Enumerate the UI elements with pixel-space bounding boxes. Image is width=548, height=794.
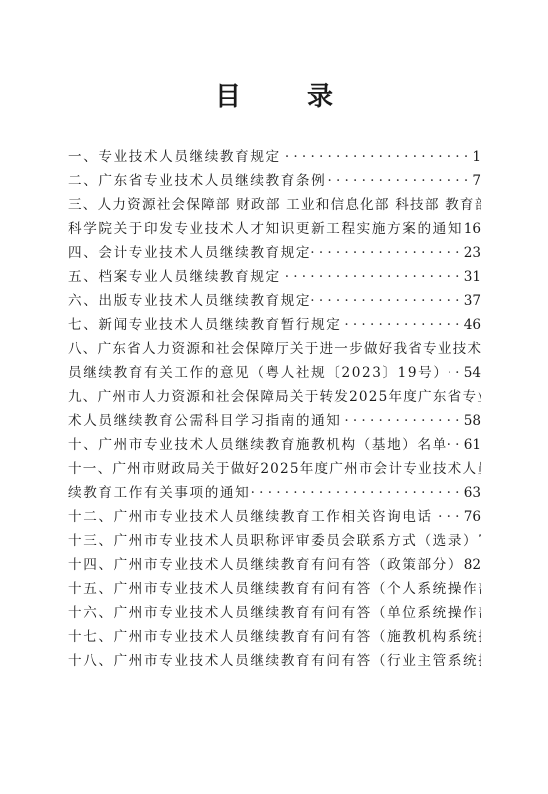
toc-page-number: 16 xyxy=(464,217,481,241)
dot-leader: ········································… xyxy=(448,433,464,457)
toc-entry[interactable]: 十二、广州市专业技术人员继续教育工作相关咨询电话················… xyxy=(68,505,481,529)
toc-entry-title: 续教育工作有关事项的通知 xyxy=(68,481,250,505)
toc-entry[interactable]: 五、档案专业人员继续教育规定··························… xyxy=(68,265,481,289)
toc-page-number: 1 xyxy=(472,145,481,169)
toc-entry[interactable]: 十一、广州市财政局关于做好2025年度广州市会计专业技术人员继 xyxy=(68,457,481,481)
toc-page-number: 54 xyxy=(464,361,481,385)
dot-leader: ········································… xyxy=(433,505,464,529)
toc-entry[interactable]: 十三、广州市专业技术人员职称评审委员会联系方式（选录）·············… xyxy=(68,529,481,553)
toc-entry-title: 十一、广州市财政局关于做好2025年度广州市会计专业技术人员继 xyxy=(68,457,481,481)
toc-entry[interactable]: 术人员继续教育公需科目学习指南的通知······················… xyxy=(68,409,481,433)
toc-entry-title: 十二、广州市专业技术人员继续教育工作相关咨询电话 xyxy=(68,505,433,529)
toc-entry[interactable]: 三、人力资源社会保障部 财政部 工业和信息化部 科技部 教育部 中国 xyxy=(68,193,481,217)
dot-leader: ········································… xyxy=(342,313,464,337)
toc-entry-title: 员继续教育有关工作的意见（粤人社规〔2023〕19号） xyxy=(68,361,449,385)
toc-page-number: 31 xyxy=(464,265,481,289)
table-of-contents: 一、专业技术人员继续教育规定··························… xyxy=(68,145,481,673)
toc-entry[interactable]: 十八、广州市专业技术人员继续教育有问有答（行业主管系统操作部分）········… xyxy=(68,649,481,673)
toc-entry-title: 十八、广州市专业技术人员继续教育有问有答（行业主管系统操作部分） xyxy=(68,649,481,673)
toc-entry[interactable]: 七、新闻专业技术人员继续教育暂行规定······················… xyxy=(68,313,481,337)
dot-leader: ········································… xyxy=(281,265,464,289)
toc-entry-title: 七、新闻专业技术人员继续教育暂行规定 xyxy=(68,313,342,337)
toc-entry-title: 十五、广州市专业技术人员继续教育有问有答（个人系统操作部分） xyxy=(68,577,481,601)
toc-entry[interactable]: 六、出版专业技术人员继续教育规定························… xyxy=(68,289,481,313)
toc-entry[interactable]: 一、专业技术人员继续教育规定··························… xyxy=(68,145,481,169)
toc-entry-title: 二、广东省专业技术人员继续教育条例 xyxy=(68,169,326,193)
toc-entry-title: 十六、广州市专业技术人员继续教育有问有答（单位系统操作部分） xyxy=(68,601,481,625)
toc-entry[interactable]: 四、会计专业技术人员继续教育规定························… xyxy=(68,241,481,265)
toc-entry-title: 八、广东省人力资源和社会保障厅关于进一步做好我省专业技术人 xyxy=(68,337,481,361)
toc-entry-title: 科学院关于印发专业技术人才知识更新工程实施方案的通知 xyxy=(68,217,463,241)
toc-entry[interactable]: 十五、广州市专业技术人员继续教育有问有答（个人系统操作部分）··········… xyxy=(68,577,481,601)
dot-leader: ········································… xyxy=(326,169,472,193)
toc-entry[interactable]: 九、广州市人力资源和社会保障局关于转发2025年度广东省专业技 xyxy=(68,385,481,409)
toc-page-number: 82 xyxy=(464,553,481,577)
toc-page-number: 46 xyxy=(464,313,481,337)
toc-page-number: 63 xyxy=(464,481,481,505)
toc-entry-title: 十七、广州市专业技术人员继续教育有问有答（施教机构系统操作部分） xyxy=(68,625,481,649)
toc-entry-title: 一、专业技术人员继续教育规定 xyxy=(68,145,281,169)
toc-page-number: 78 xyxy=(478,529,481,553)
toc-entry-title: 九、广州市人力资源和社会保障局关于转发2025年度广东省专业技 xyxy=(68,385,481,409)
toc-entry[interactable]: 十六、广州市专业技术人员继续教育有问有答（单位系统操作部分）··········… xyxy=(68,601,481,625)
toc-entry-title: 十四、广州市专业技术人员继续教育有问有答（政策部分） xyxy=(68,553,463,577)
toc-entry[interactable]: 十七、广州市专业技术人员继续教育有问有答（施教机构系统操作部分）········… xyxy=(68,625,481,649)
dot-leader: ········································… xyxy=(311,241,464,265)
toc-entry[interactable]: 十四、广州市专业技术人员继续教育有问有答（政策部分）··············… xyxy=(68,553,481,577)
dot-leader: ········································… xyxy=(250,481,463,505)
toc-page-number: 7 xyxy=(472,169,481,193)
toc-entry-title: 术人员继续教育公需科目学习指南的通知 xyxy=(68,409,342,433)
dot-leader: ········································… xyxy=(281,145,473,169)
dot-leader: ········································… xyxy=(342,409,464,433)
toc-entry[interactable]: 二、广东省专业技术人员继续教育条例·······················… xyxy=(68,169,481,193)
dot-leader: ········································… xyxy=(311,289,464,313)
toc-entry[interactable]: 科学院关于印发专业技术人才知识更新工程实施方案的通知··············… xyxy=(68,217,481,241)
page-title: 目 录 xyxy=(0,76,548,113)
toc-page-number: 58 xyxy=(464,409,481,433)
toc-entry[interactable]: 员继续教育有关工作的意见（粤人社规〔2023〕19号）·············… xyxy=(68,361,481,385)
toc-entry-title: 四、会计专业技术人员继续教育规定 xyxy=(68,241,311,265)
toc-page-number: 23 xyxy=(464,241,481,265)
toc-page-number: 37 xyxy=(464,289,481,313)
toc-page-number: 61 xyxy=(464,433,481,457)
toc-entry-title: 六、出版专业技术人员继续教育规定 xyxy=(68,289,311,313)
toc-page-number: 76 xyxy=(464,505,481,529)
toc-entry[interactable]: 十、广州市专业技术人员继续教育施教机构（基地）名单···············… xyxy=(68,433,481,457)
dot-leader: ········································… xyxy=(449,361,464,385)
toc-entry-title: 十三、广州市专业技术人员职称评审委员会联系方式（选录） xyxy=(68,529,478,553)
toc-entry-title: 五、档案专业人员继续教育规定 xyxy=(68,265,281,289)
toc-entry[interactable]: 八、广东省人力资源和社会保障厅关于进一步做好我省专业技术人 xyxy=(68,337,481,361)
toc-entry[interactable]: 续教育工作有关事项的通知····························… xyxy=(68,481,481,505)
toc-entry-title: 三、人力资源社会保障部 财政部 工业和信息化部 科技部 教育部 中国 xyxy=(68,193,481,217)
toc-entry-title: 十、广州市专业技术人员继续教育施教机构（基地）名单 xyxy=(68,433,448,457)
